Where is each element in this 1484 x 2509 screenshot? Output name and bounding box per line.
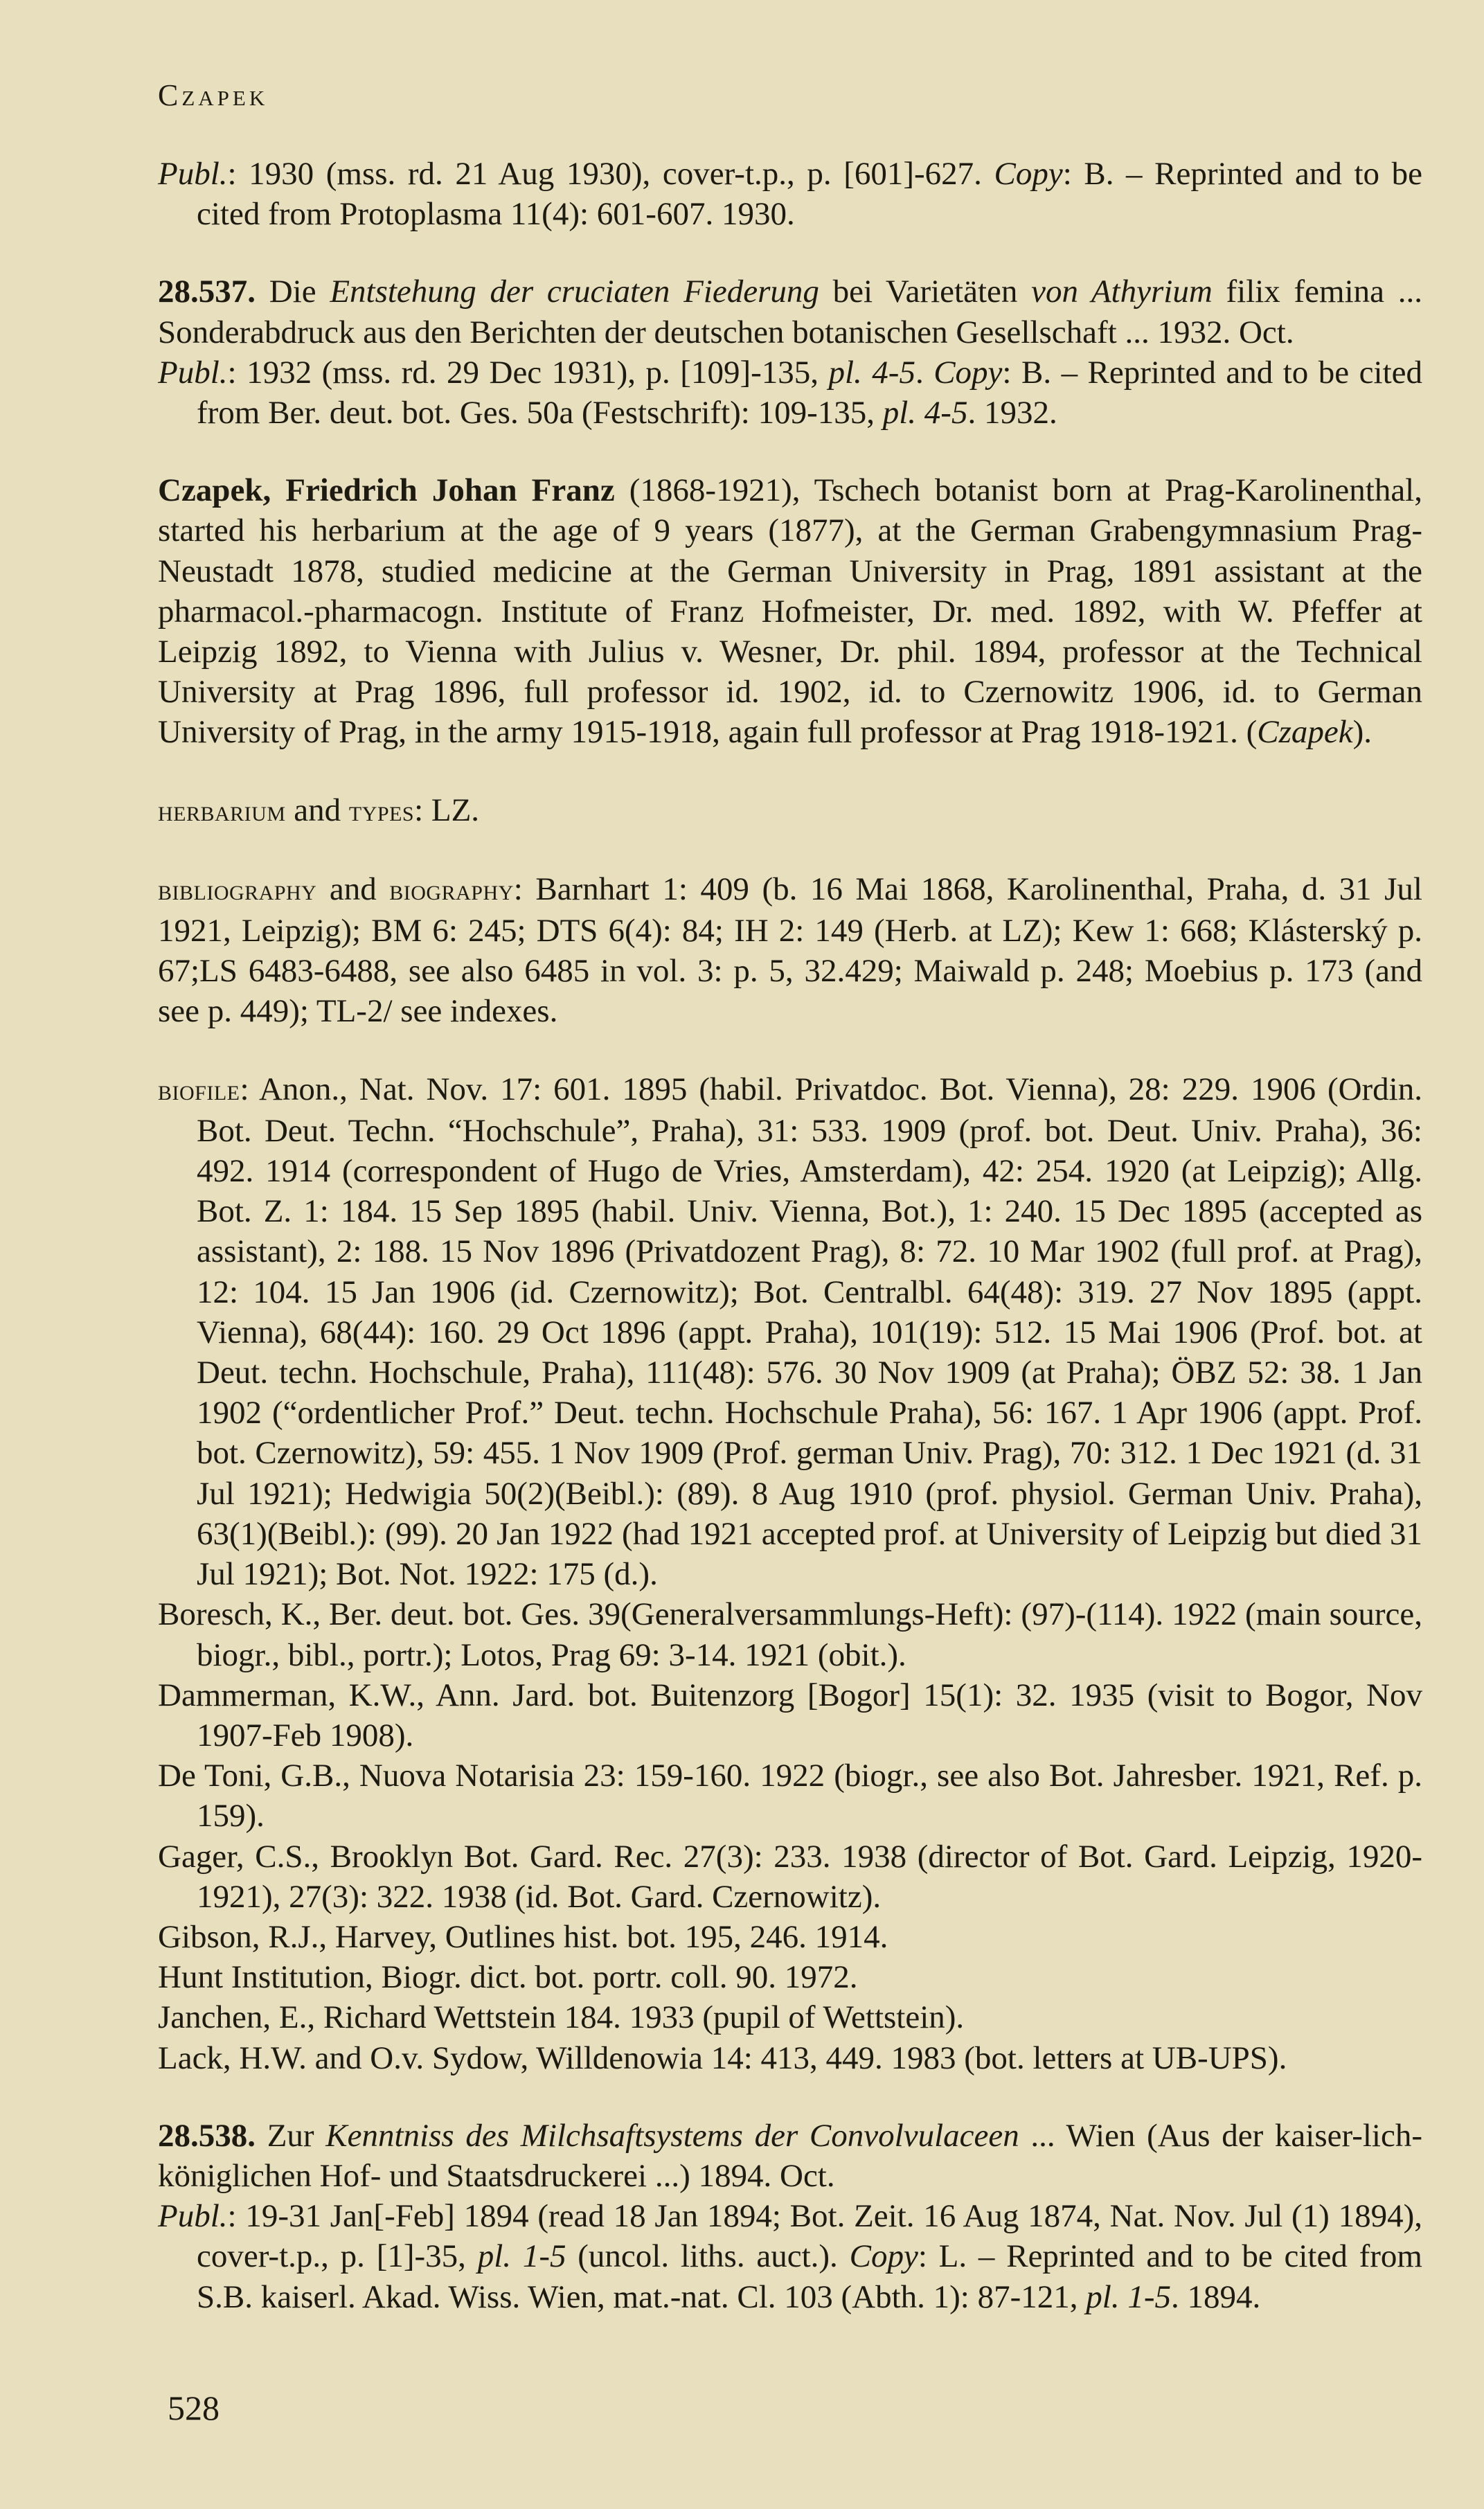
bibliography-section: bibliography and biography: Barnhart 1: … (158, 869, 1422, 1032)
book-page: Czapek Publ.: 1930 (mss. rd. 21 Aug 1930… (0, 0, 1484, 2509)
author-biography: Czapek, Friedrich Johan Franz (1868-1921… (158, 470, 1422, 752)
body-text: Publ.: 1930 (mss. rd. 21 Aug 1930), cove… (158, 154, 1422, 2317)
entry-number: 28.537. (158, 274, 256, 310)
entry-number: 28.538. (158, 2118, 256, 2154)
publ-label: Publ. (158, 156, 228, 192)
running-head: Czapek (158, 78, 268, 113)
biofile-entry: Dammerman, K.W., Ann. Jard. bot. Buitenz… (158, 1675, 1422, 1756)
biofile-section: biofile: Anon., Nat. Nov. 17: 601. 1895 … (158, 1069, 1422, 2078)
entry-title: 28.537. Die Entstehung der cruciaten Fie… (158, 271, 1422, 352)
entry-28538: 28.538. Zur Kenntniss des Milchsaftsyste… (158, 2116, 1422, 2317)
section-label: herbarium (158, 795, 286, 828)
biofile-entry: biofile: Anon., Nat. Nov. 17: 601. 1895 … (158, 1069, 1422, 1595)
biofile-entry: Janchen, E., Richard Wettstein 184. 1933… (158, 1997, 1422, 2037)
biofile-entry: De Toni, G.B., Nuova Notarisia 23: 159-1… (158, 1756, 1422, 1836)
biofile-entry: Boresch, K., Ber. deut. bot. Ges. 39(Gen… (158, 1594, 1422, 1675)
herbarium-section: herbarium and types: LZ. (158, 790, 1422, 832)
page-number: 528 (168, 2388, 220, 2428)
copy-label: Copy (994, 156, 1062, 192)
section-label: bibliography (158, 874, 316, 907)
publication-note-prev-entry: Publ.: 1930 (mss. rd. 21 Aug 1930), cove… (158, 154, 1422, 234)
biofile-entry: Hunt Institution, Biogr. dict. bot. port… (158, 1957, 1422, 1997)
publication-note: Publ.: 1932 (mss. rd. 29 Dec 1931), p. [… (158, 352, 1422, 433)
biofile-entry: Gager, C.S., Brooklyn Bot. Gard. Rec. 27… (158, 1837, 1422, 1917)
entry-title: 28.538. Zur Kenntniss des Milchsaftsyste… (158, 2116, 1422, 2196)
section-label: biofile (158, 1074, 240, 1107)
biofile-entry: Gibson, R.J., Harvey, Outlines hist. bot… (158, 1917, 1422, 1957)
biofile-entry: Lack, H.W. and O.v. Sydow, Willdenowia 1… (158, 2038, 1422, 2078)
entry-28537: 28.537. Die Entstehung der cruciaten Fie… (158, 271, 1422, 433)
author-name: Czapek, Friedrich Johan Franz (158, 472, 615, 508)
publication-note: Publ.: 19-31 Jan[-Feb] 1894 (read 18 Jan… (158, 2196, 1422, 2317)
